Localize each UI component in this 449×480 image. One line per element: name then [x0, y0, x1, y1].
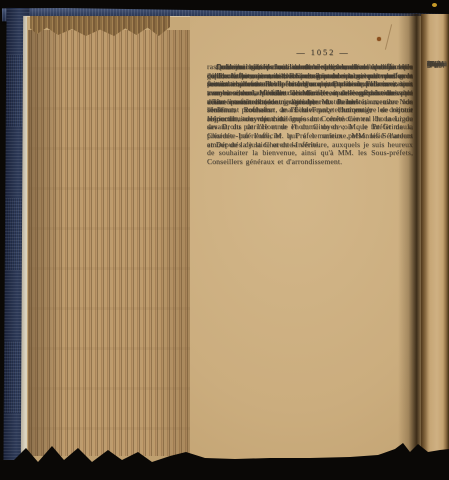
book-gutter-shadow: [398, 14, 428, 462]
page-number: — 1052 —: [220, 48, 426, 57]
page-text-block: ras, car j'ai hâte de vous remercier, et…: [207, 63, 413, 455]
scanned-page: — 1052 — ras, car j'ai hâte de vous reme…: [190, 16, 422, 462]
book-scan-photo: — 1052 — ras, car j'ai hâte de vous reme…: [0, 0, 449, 480]
ink-speck: [377, 37, 381, 41]
facing-line-fragment: votre é: [427, 60, 447, 69]
paragraph: Comme moi, ils ont constaté les nombreus…: [207, 63, 413, 106]
fanned-page-fore-edge: [28, 30, 196, 456]
dust-speck: [432, 3, 437, 7]
